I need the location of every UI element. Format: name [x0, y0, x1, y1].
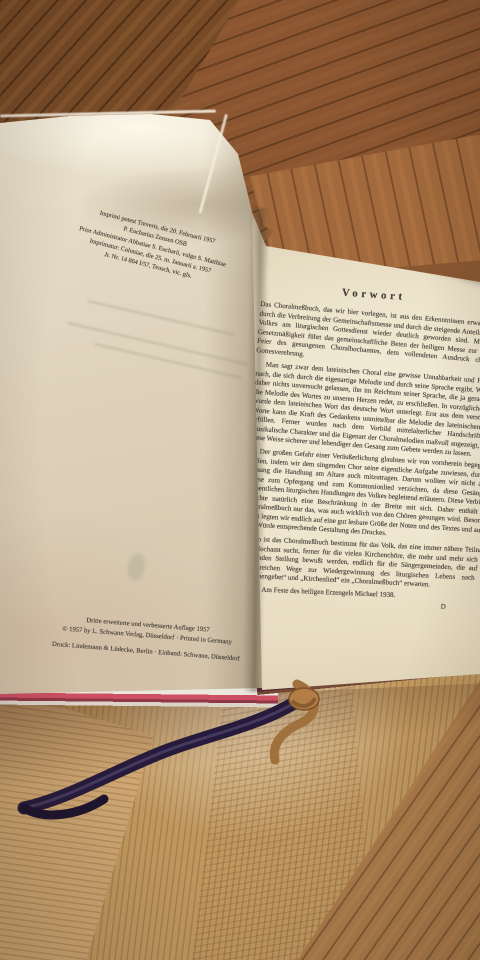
vorwort-paragraph: So ist das Choralmeßbuch bestimmt für da…	[242, 534, 480, 592]
page-showthrough-emblem	[126, 552, 147, 582]
colophon-block: Dritte erweiterte und verbesserte Auflag…	[13, 610, 281, 667]
vorwort-text-block: Vorwort Das Choralmeßbuch, das wir hier …	[240, 282, 480, 620]
photo-open-book-on-parquet-floor: { "book": { "left_page": { "imprint_line…	[0, 0, 480, 960]
imprimatur-block: Imprimi potest Treveris, die 20. Februar…	[40, 196, 265, 297]
page-showthrough-line	[95, 343, 242, 379]
page-showthrough-line	[88, 300, 235, 336]
vorwort-paragraph: Der großen Gefahr einer Veräußerlichung …	[245, 446, 480, 544]
vorwort-paragraph: Man sagt zwar dem lateinischen Choral ei…	[250, 359, 480, 460]
book-left-page: Imprimi potest Treveris, die 20. Februar…	[0, 110, 262, 710]
